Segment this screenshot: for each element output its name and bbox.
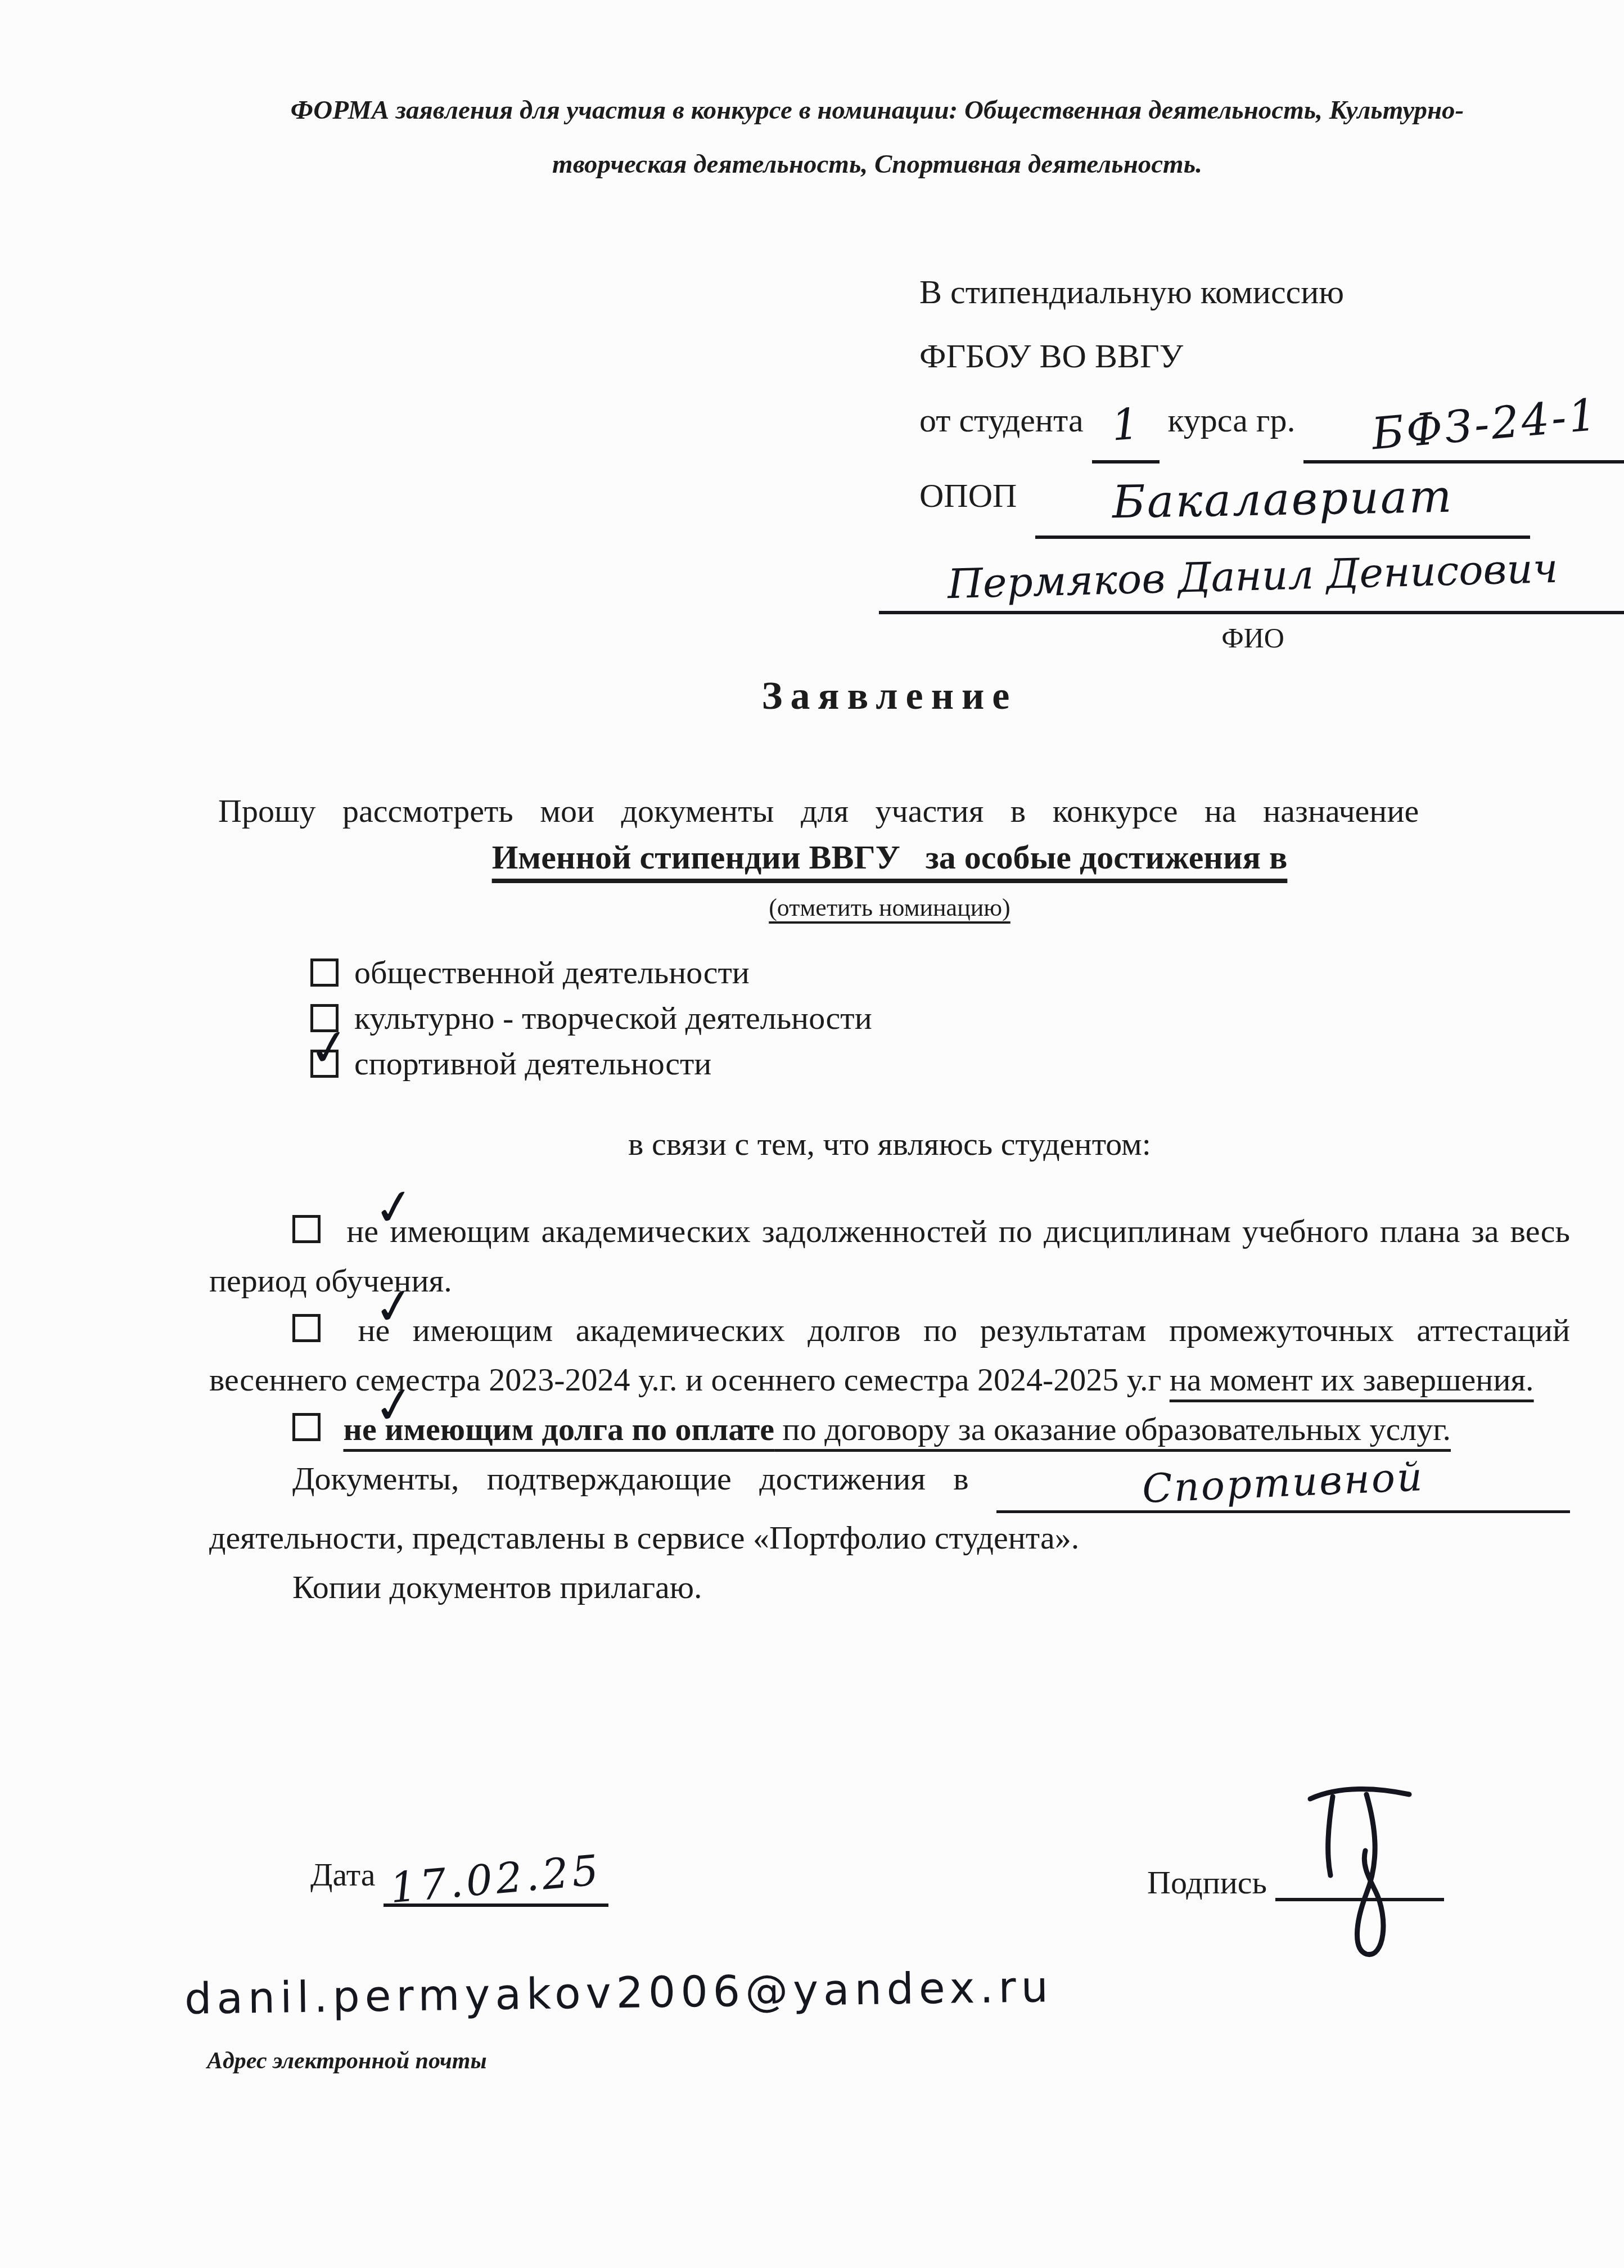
subject-note: (отметить номинацию)	[209, 893, 1570, 922]
student-name: Пермяков Данил Денисович	[947, 536, 1559, 616]
nomination-item-cultural: ✓ культурно - творческой деятельности	[310, 995, 872, 1041]
university-line: ФГБОУ ВО ВВГУ	[919, 324, 1624, 388]
date-underline: 17.02.25	[384, 1855, 608, 1907]
checkbox-icon: ✓	[292, 1413, 321, 1441]
form-header: ФОРМА заявления для участия в конкурсе в…	[236, 83, 1518, 191]
signature-label: Подпись	[1147, 1864, 1267, 1901]
documents-text-after: деятельности, представлены в сервисе «По…	[209, 1519, 1079, 1556]
opop-underline: Бакалавриат	[1035, 467, 1530, 539]
documents-text-before: Документы, подтверждающие достижения в	[292, 1460, 996, 1497]
checkbox-icon: ✓	[292, 1314, 321, 1342]
condition-text-underlined: на момент их завершения.	[1170, 1361, 1534, 1398]
email-caption: Адрес электронной почты	[207, 2047, 487, 2074]
name-line: Пермяков Данил Денисович	[879, 539, 1624, 614]
documents-paragraph: Документы, подтверждающие достижения в С…	[209, 1454, 1570, 1563]
student-prefix: от студента	[919, 402, 1084, 439]
condition-paragraph-1: ✓ не имеющим академических задолженносте…	[209, 1207, 1570, 1306]
date-block: Дата 17.02.25	[310, 1855, 608, 1907]
email-handwritten: danil.permyakov2006@yandex.ru	[184, 1961, 1053, 2024]
checkbox-icon: ✓	[310, 958, 339, 987]
opop-label: ОПОП	[919, 477, 1017, 514]
activity-value: Спортивной	[1142, 1452, 1425, 1514]
group-underline: БФЗ-24-1	[1303, 393, 1624, 463]
nomination-label: спортивной деятельности	[354, 1045, 711, 1082]
signature-underline	[1275, 1855, 1444, 1901]
nomination-item-public: ✓ общественной деятельности	[310, 949, 872, 995]
condition-text-underlined: по договору за оказание образовательных …	[774, 1411, 1451, 1447]
checkbox-icon: ✓	[292, 1215, 321, 1243]
status-intro-line: в связи с тем, что являюсь студентом:	[209, 1125, 1570, 1163]
committee-line: В стипендиальную комиссию	[919, 260, 1624, 324]
name-underline: Пермяков Данил Денисович	[879, 544, 1624, 614]
date-label: Дата	[310, 1856, 376, 1893]
scanned-application-form: ФОРМА заявления для участия в конкурсе в…	[0, 0, 1624, 2268]
condition-paragraph-2: ✓ не имеющим академических долгов по рез…	[209, 1306, 1570, 1405]
nomination-label: культурно - творческой деятельности	[354, 999, 872, 1037]
date-value: 17.02.25	[388, 1846, 604, 1913]
group-value: БФЗ-24-1	[1369, 383, 1602, 467]
nomination-label: общественной деятельности	[354, 953, 750, 991]
course-suffix: курса гр.	[1168, 402, 1296, 439]
checkbox-icon: ✓	[310, 1050, 339, 1078]
checkmark-icon: ✓	[305, 1020, 353, 1075]
condition-paragraph-3: ✓ не имеющим долга по оплате по договору…	[209, 1405, 1570, 1454]
addressee-block: В стипендиальную комиссию ФГБОУ ВО ВВГУ …	[919, 260, 1624, 661]
copies-paragraph: Копии документов прилагаю.	[209, 1563, 1570, 1612]
nomination-item-sport: ✓ спортивной деятельности	[310, 1041, 872, 1086]
course-value: 1	[1109, 391, 1141, 457]
signature-scribble	[1297, 1776, 1420, 1962]
activity-underline: Спортивной	[996, 1458, 1570, 1513]
document-title: Заявление	[209, 674, 1570, 719]
opop-value: Бакалавриат	[1112, 465, 1454, 535]
fio-caption: ФИО	[879, 614, 1624, 661]
course-underline: 1	[1092, 393, 1160, 463]
nomination-list: ✓ общественной деятельности ✓ культурно …	[310, 949, 872, 1086]
subject-text: Именной стипендии ВВГУ за особые достиже…	[492, 839, 1288, 876]
conditions-block: ✓ не имеющим академических задолженносте…	[209, 1207, 1570, 1612]
intro-line: Прошу рассмотреть мои документы для учас…	[218, 792, 1579, 830]
subject-line: Именной стипендии ВВГУ за особые достиже…	[209, 838, 1570, 877]
signature-block: Подпись	[1147, 1855, 1444, 1901]
opop-line: ОПОП Бакалавриат	[919, 463, 1624, 539]
student-line: от студента 1 курса гр. БФЗ-24-1	[919, 388, 1624, 463]
subject-note-text: (отметить номинацию)	[769, 894, 1011, 921]
